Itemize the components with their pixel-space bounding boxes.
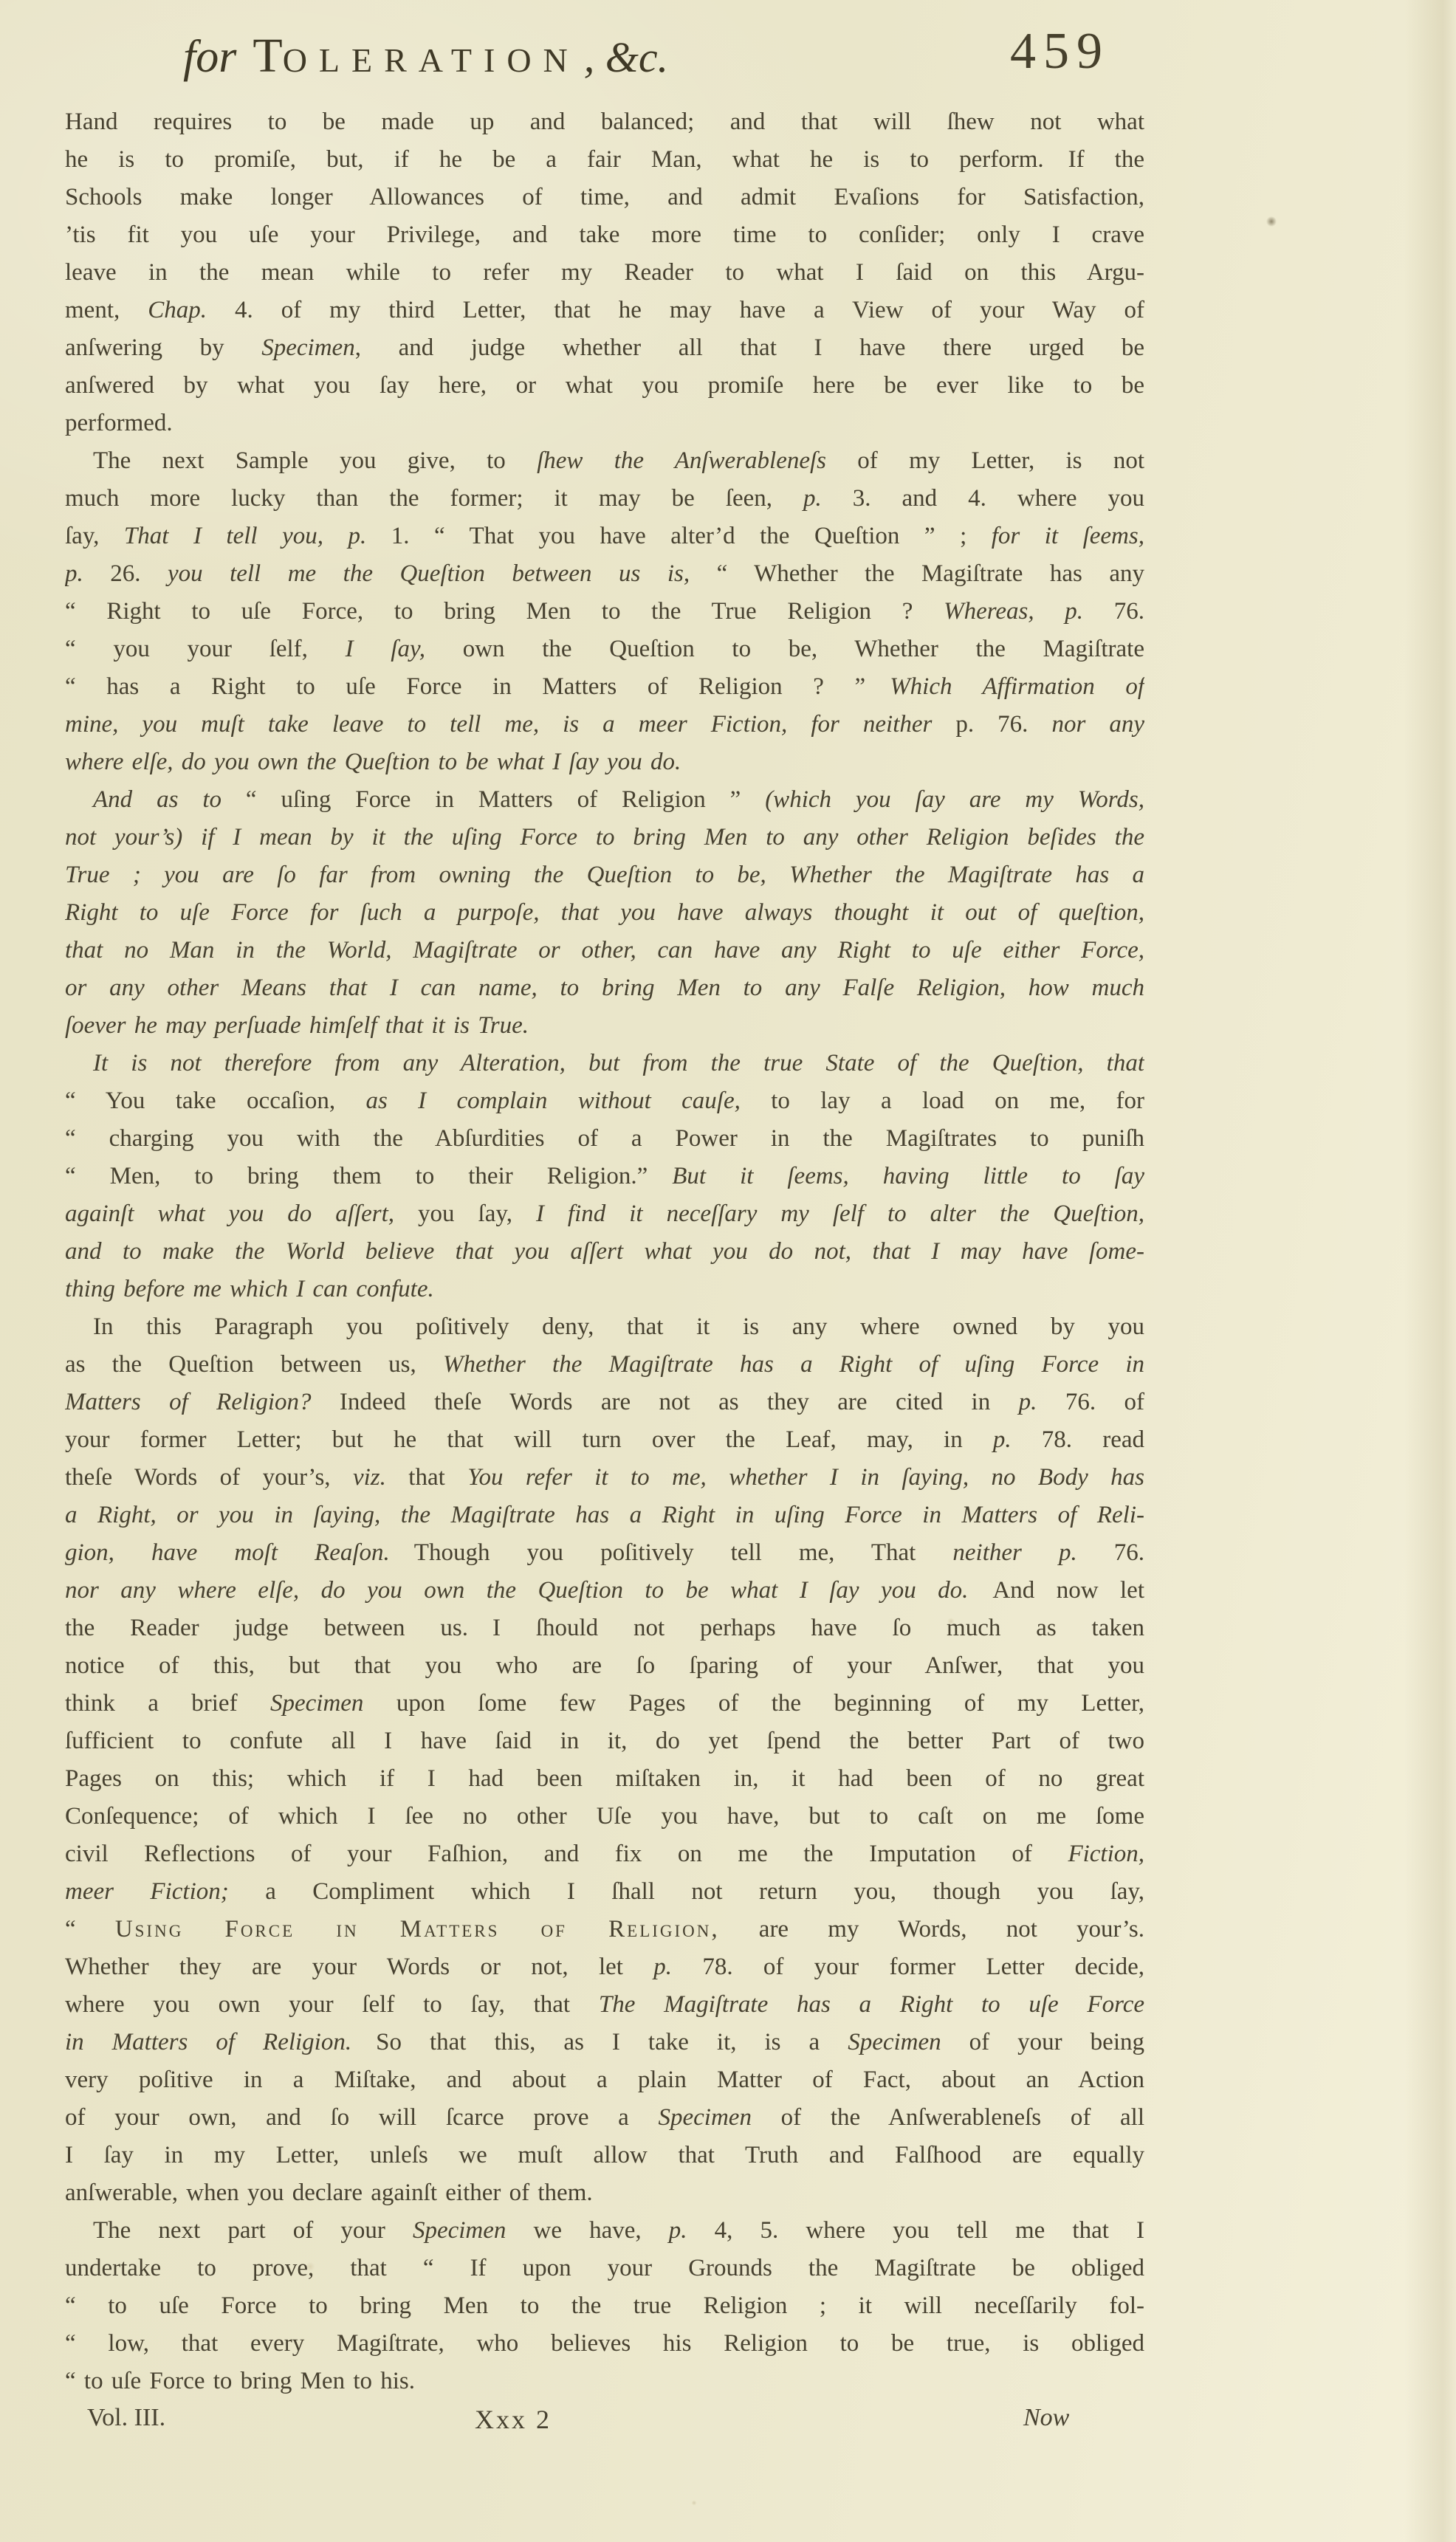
text-line: Whether they are your Words or not, let … (65, 1948, 1144, 1986)
text-line: It is not therefore from any Alteration,… (65, 1045, 1144, 1082)
text-line: think a brief Specimen upon ſome few Pag… (65, 1685, 1144, 1722)
text-line: “ you your ſelf, I ſay, own the Queſtion… (65, 631, 1144, 668)
text-line: much more lucky than the former; it may … (65, 480, 1144, 518)
running-head-title-initial: T (253, 29, 282, 83)
text-line: p. 26. you tell me the Queſtion between … (65, 555, 1144, 593)
text-line: gion, have moſt Reaſon. Though you poſit… (65, 1534, 1144, 1572)
text-line: that no Man in the World, Magiſtrate or … (65, 932, 1144, 969)
text-line: “ to uſe Force to bring Men to the true … (65, 2287, 1144, 2325)
text-line: Hand requires to be made up and balanced… (65, 103, 1144, 141)
text-line: “ Using Force in Matters of Religion, ar… (65, 1911, 1144, 1948)
text-line: meer Fiction; a Compliment which I ſhall… (65, 1873, 1144, 1911)
text-line: leave in the mean while to refer my Read… (65, 254, 1144, 292)
text-line: he is to promiſe, but, if he be a fair M… (65, 141, 1144, 179)
text-line: “ to uſe Force to bring Men to his. (65, 2363, 1144, 2400)
text-line: “ low, that every Magiſtrate, who believ… (65, 2325, 1144, 2363)
running-head-title: OLERATION (283, 41, 580, 79)
text-line: theſe Words of your’s, viz. that You ref… (65, 1459, 1144, 1497)
page-footer: Vol. III. Xxx 2 Now (65, 2404, 1144, 2444)
text-line: Conſequence; of which I ſee no other Uſe… (65, 1798, 1144, 1835)
text-line: of your own, and ſo will ſcarce prove a … (65, 2099, 1144, 2137)
text-line: undertake to prove, that “ If upon your … (65, 2250, 1144, 2287)
text-line: the Reader judge between us. I ſhould no… (65, 1610, 1144, 1647)
text-line: The next part of your Specimen we have, … (65, 2212, 1144, 2250)
page-number: 459 (1010, 22, 1110, 81)
text-line: “ charging you with the Abſurdities of a… (65, 1120, 1144, 1158)
signature-mark: Xxx 2 (475, 2404, 552, 2435)
text-line: Pages on this; which if I had been miſta… (65, 1760, 1144, 1798)
body-text: Hand requires to be made up and balanced… (65, 103, 1144, 2400)
text-line: a Right, or you in ſaying, the Magiſtrat… (65, 1497, 1144, 1534)
book-page: forTOLERATION, &c. 459 Hand requires to … (0, 0, 1456, 2542)
text-line: or any other Means that I can name, to b… (65, 969, 1144, 1007)
text-line: “ has a Right to uſe Force in Matters of… (65, 668, 1144, 706)
text-line: ſufficient to confute all I have ſaid in… (65, 1722, 1144, 1760)
text-line: And as to “ uſing Force in Matters of Re… (65, 781, 1144, 819)
text-line: where you own your ſelf to ſay, that The… (65, 1986, 1144, 2024)
text-line: ſay, That I tell you, p. 1. “ That you h… (65, 518, 1144, 555)
text-line: Right to uſe Force for ſuch a purpoſe, t… (65, 894, 1144, 932)
running-head-prefix: for (183, 32, 236, 82)
volume-label: Vol. III. (87, 2404, 165, 2432)
text-line: True ; you are ſo far from owning the Qu… (65, 856, 1144, 894)
text-line: your former Letter; but he that will tur… (65, 1421, 1144, 1459)
text-line: where elſe, do you own the Queſtion to b… (65, 743, 1144, 781)
text-line: thing before me which I can confute. (65, 1271, 1144, 1308)
catchword: Now (1023, 2404, 1069, 2432)
text-line: I ſay in my Letter, unleſs we muſt allow… (65, 2137, 1144, 2174)
page-edge-shading (1404, 0, 1456, 2542)
text-line: civil Reflections of your Faſhion, and f… (65, 1835, 1144, 1873)
text-line: “ Right to uſe Force, to bring Men to th… (65, 593, 1144, 631)
text-line: “ Men, to bring them to their Religion.”… (65, 1158, 1144, 1195)
text-line: againſt what you do aſſert, you ſay, I f… (65, 1195, 1144, 1233)
text-line: anſwered by what you ſay here, or what y… (65, 367, 1144, 405)
text-line: mine, you muſt take leave to tell me, is… (65, 706, 1144, 743)
text-line: notice of this, but that you who are ſo … (65, 1647, 1144, 1685)
text-line: ’tis fit you uſe your Privilege, and tak… (65, 216, 1144, 254)
text-line: In this Paragraph you poſitively deny, t… (65, 1308, 1144, 1346)
text-line: Matters of Religion? Indeed theſe Words … (65, 1384, 1144, 1421)
text-line: Schools make longer Allowances of time, … (65, 179, 1144, 216)
text-line: anſwering by Specimen, and judge whether… (65, 329, 1144, 367)
running-head-suffix: , &c. (584, 33, 668, 81)
text-line: ment, Chap. 4. of my third Letter, that … (65, 292, 1144, 329)
text-line: anſwerable, when you declare againſt eit… (65, 2174, 1144, 2212)
text-line: very poſitive in a Miſtake, and about a … (65, 2061, 1144, 2099)
text-line: The next Sample you give, to ſhew the An… (65, 442, 1144, 480)
text-line: performed. (65, 405, 1144, 442)
text-line: and to make the World believe that you a… (65, 1233, 1144, 1271)
text-line: nor any where elſe, do you own the Queſt… (65, 1572, 1144, 1610)
running-head: forTOLERATION, &c. (183, 28, 668, 84)
text-line: as the Queſtion between us, Whether the … (65, 1346, 1144, 1384)
text-line: ſoever he may perſuade himſelf that it i… (65, 1007, 1144, 1045)
text-line: not your’s) if I mean by it the uſing Fo… (65, 819, 1144, 856)
text-line: “ You take occaſion, as I complain witho… (65, 1082, 1144, 1120)
text-line: in Matters of Religion. So that this, as… (65, 2024, 1144, 2061)
